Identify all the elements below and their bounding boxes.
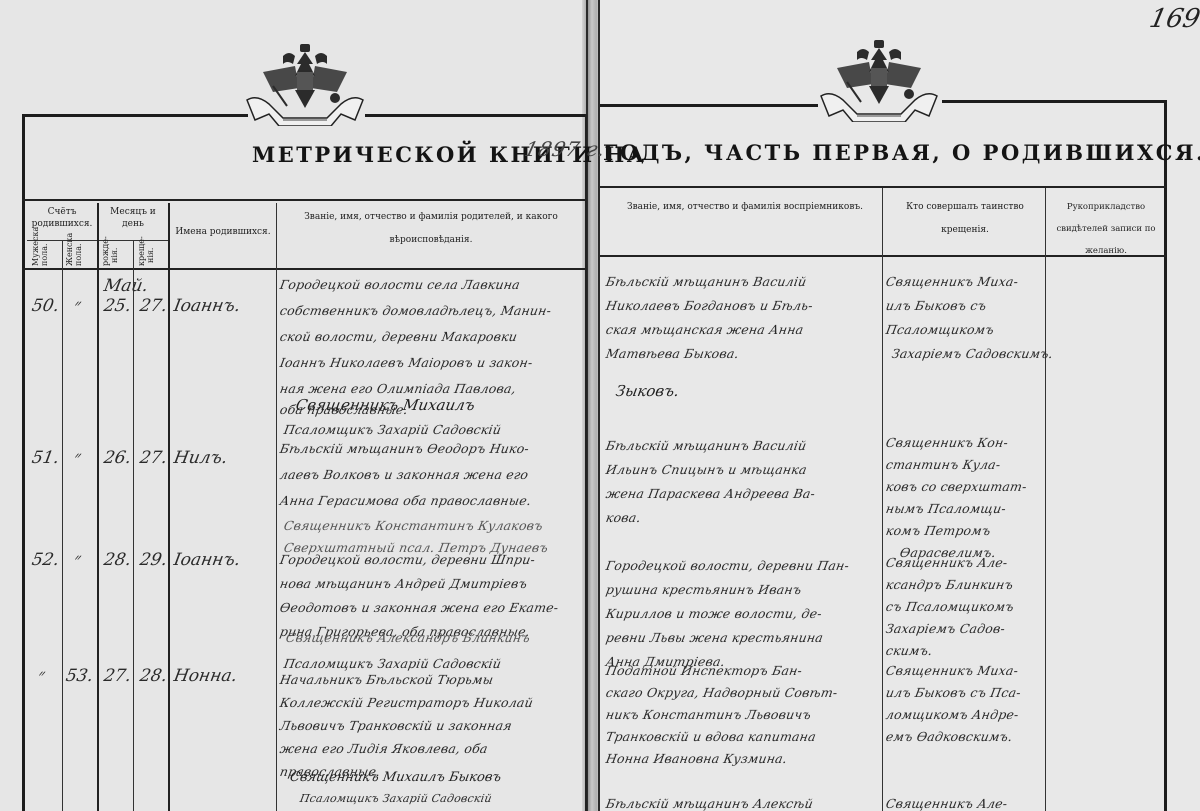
header-birth-date: рожде-нія. <box>102 244 128 266</box>
record-godparents-partial: Бѣльскій мѣщанинъ Алексѣй <box>605 796 815 811</box>
record-child-name: Нонна. <box>172 666 239 686</box>
double-headed-eagle-icon <box>243 42 367 126</box>
record-signature-psalmist: Псаломщикъ Захарій Садовскій <box>283 422 503 437</box>
record-signature-priest: Священникъ Михаилъ <box>294 396 476 414</box>
frame-top-right-b <box>942 100 1166 103</box>
record-priest: Священникъ Миха- илъ Быковъ съ Псаломщик… <box>886 270 1053 366</box>
frame-top-left-b <box>365 114 585 117</box>
record-signature-psalmist: Псаломщикъ Захарій Садовскій <box>299 792 493 805</box>
record-priest: Священникъ Кон- стантинъ Кула- ковъ со с… <box>886 432 1027 564</box>
frame-top-right-a <box>600 104 818 107</box>
col-divider <box>168 203 170 811</box>
imperial-eagle-emblem-left <box>243 42 367 126</box>
col-divider <box>882 188 883 811</box>
frame-left-page-right-edge <box>585 114 587 811</box>
header-names: Имена родившихся. <box>170 226 276 238</box>
record-birth-day: 27. <box>102 666 133 686</box>
record-count-female: 53. <box>64 666 95 686</box>
record-signature-priest: Священникъ Константинъ Кулаковъ <box>283 518 545 533</box>
header-priest: Кто совершалъ таинство крещенія. <box>890 196 1040 243</box>
record-godparents: Бѣльскій мѣщанинъ Василій Ильинъ Спицынъ… <box>606 434 815 530</box>
record-parents: Бѣльскій мѣщанинъ Ѳеодоръ Нико- лаевъ Во… <box>280 436 531 514</box>
col-divider <box>62 240 63 811</box>
record-baptism-day: 28. <box>138 666 169 686</box>
record-count-male: 51. <box>30 448 61 468</box>
header-baptism-date: креще-нія. <box>138 244 164 266</box>
title-rule-right <box>600 186 1166 188</box>
col-divider <box>133 240 134 811</box>
record-parents: Начальникъ Бѣльской Тюрьмы Коллежскій Ре… <box>280 668 533 783</box>
record-priest: Священникъ Але- ксандръ Блинкинъ съ Псал… <box>886 552 1014 662</box>
record-birth-day: 25. <box>102 296 133 316</box>
col-divider <box>276 203 277 811</box>
imperial-eagle-emblem-right <box>817 38 941 122</box>
godparent-signature: Зыковъ. <box>614 382 680 400</box>
record-signature-priest: Священникъ Александръ Блинкинъ <box>285 630 532 645</box>
record-baptism-day: 29. <box>138 550 169 570</box>
record-godparents: Бѣльскій мѣщанинъ Василій Николаевъ Богд… <box>606 270 813 366</box>
spine-edge-right <box>598 0 600 811</box>
double-headed-eagle-icon <box>817 38 941 122</box>
frame-top-left-a <box>22 114 248 117</box>
record-child-name: Іоаннъ. <box>172 296 242 316</box>
record-month: Май. <box>102 276 149 296</box>
col-divider <box>97 203 99 811</box>
record-count-male: 50. <box>30 296 61 316</box>
record-godparents: Городецкой волости, деревни Пан- рушина … <box>606 554 849 674</box>
record-count-male: 52. <box>30 550 61 570</box>
title-right: ГОДЪ, ЧАСТЬ ПЕРВАЯ, О РОДИВШИХСЯ. <box>603 140 1200 165</box>
header-witnesses: Рукоприкладство свидѣтелей записи по жел… <box>1048 196 1164 262</box>
header-count-male: Мужеска пола. <box>32 244 58 266</box>
page-number: 169 <box>1147 4 1200 34</box>
frame-left-edge <box>22 114 25 811</box>
record-child-name: Іоаннъ. <box>172 550 242 570</box>
record-signature-priest: Священникъ Михаилъ Быковъ <box>289 770 503 785</box>
record-child-name: Нилъ. <box>172 448 229 468</box>
header-godparents: Званіе, имя, отчество и фамилія воспріем… <box>620 196 870 219</box>
record-baptism-day: 27. <box>138 448 169 468</box>
record-baptism-day: 27. <box>138 296 169 316</box>
title-rule-left <box>22 199 585 201</box>
record-priest: Священникъ Миха- илъ Быковъ съ Пса- ломщ… <box>886 660 1021 748</box>
record-birth-day: 26. <box>102 448 133 468</box>
header-parents: Званіе, имя, отчество и фамилія родителе… <box>286 206 576 253</box>
record-priest-partial: Священникъ Але- <box>885 796 1009 811</box>
header-count-female: Женска пола. <box>66 244 92 266</box>
header-bottom-left <box>22 268 585 270</box>
year-handwritten: 1897 г. <box>522 137 609 161</box>
header-date-group: Месяцъ и день <box>98 206 168 230</box>
record-godparents: Податной Инспекторъ Бан- скаго Округа, Н… <box>606 660 837 770</box>
frame-right-edge <box>1164 100 1167 811</box>
record-birth-day: 28. <box>102 550 133 570</box>
